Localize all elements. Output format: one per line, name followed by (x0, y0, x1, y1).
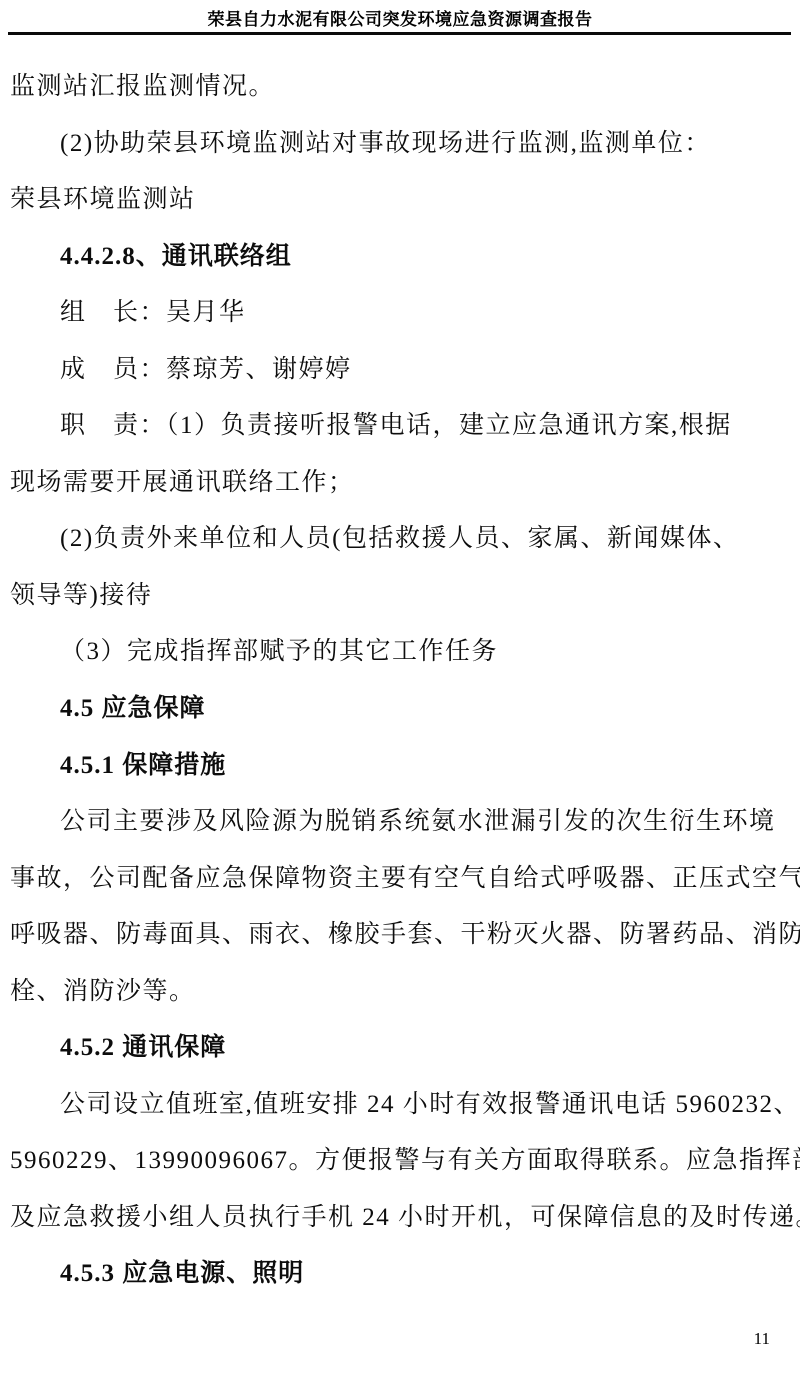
page-number: 11 (754, 1329, 770, 1349)
header-title: 荣县自力水泥有限公司突发环境应急资源调查报告 (0, 5, 800, 30)
doc-text-line: 组 长：吴月华 (10, 285, 790, 342)
doc-text-line: 栓、消防沙等。 (10, 964, 790, 1021)
doc-text-line: (2)协助荣县环境监测站对事故现场进行监测,监测单位： (10, 116, 790, 173)
doc-text-line: 现场需要开展通讯联络工作； (10, 455, 790, 512)
doc-text-line: 5960229、13990096067。方便报警与有关方面取得联系。应急指挥部 (10, 1133, 790, 1190)
doc-heading-line: 4.5.1 保障措施 (10, 738, 790, 795)
doc-text-line: (2)负责外来单位和人员(包括救援人员、家属、新闻媒体、 (10, 511, 790, 568)
doc-heading-line: 4.5.3 应急电源、照明 (10, 1246, 790, 1303)
doc-text-line: 公司设立值班室,值班安排 24 小时有效报警通讯电话 5960232、 (10, 1077, 790, 1134)
doc-text-line: （3）完成指挥部赋予的其它工作任务 (10, 624, 790, 681)
document-page: 荣县自力水泥有限公司突发环境应急资源调查报告 监测站汇报监测情况。(2)协助荣县… (0, 0, 800, 1373)
doc-text-line: 荣县环境监测站 (10, 172, 790, 229)
doc-text-line: 公司主要涉及风险源为脱销系统氨水泄漏引发的次生衍生环境 (10, 794, 790, 851)
doc-text-line: 成 员：蔡琼芳、谢婷婷 (10, 342, 790, 399)
doc-heading-line: 4.5 应急保障 (10, 681, 790, 738)
header-rule (8, 32, 791, 35)
document-body: 监测站汇报监测情况。(2)协助荣县环境监测站对事故现场进行监测,监测单位：荣县环… (10, 59, 790, 1303)
doc-text-line: 事故，公司配备应急保障物资主要有空气自给式呼吸器、正压式空气 (10, 851, 790, 908)
doc-text-line: 呼吸器、防毒面具、雨衣、橡胶手套、干粉灭火器、防署药品、消防 (10, 907, 790, 964)
doc-heading-line: 4.5.2 通讯保障 (10, 1020, 790, 1077)
doc-text-line: 及应急救援小组人员执行手机 24 小时开机，可保障信息的及时传递。 (10, 1190, 790, 1247)
doc-text-line: 领导等)接待 (10, 568, 790, 625)
doc-heading-line: 4.4.2.8、通讯联络组 (10, 229, 790, 286)
doc-text-line: 职 责：（1）负责接听报警电话，建立应急通讯方案,根据 (10, 398, 790, 455)
doc-text-line: 监测站汇报监测情况。 (10, 59, 790, 116)
